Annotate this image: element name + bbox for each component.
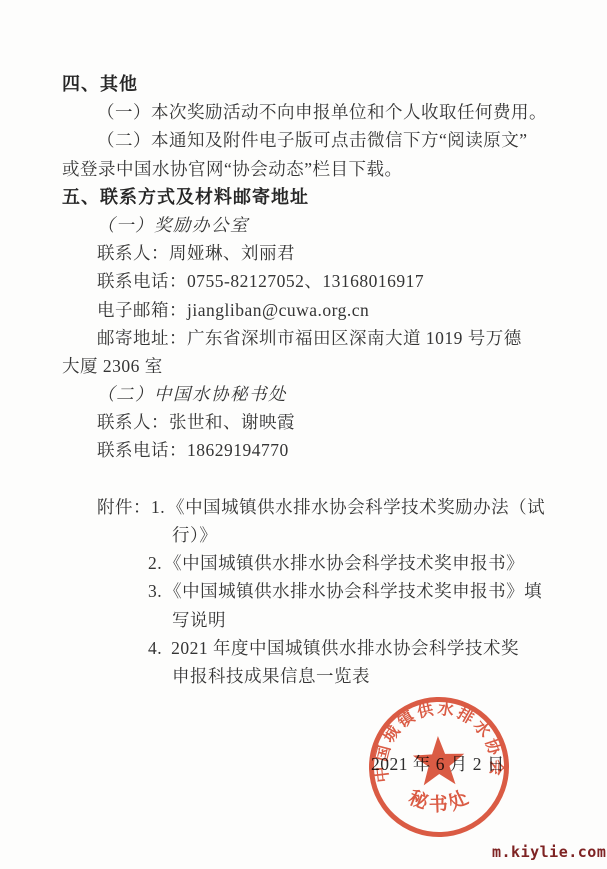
award-office-contact-person: 联系人：周娅琳、刘丽君 — [62, 239, 552, 267]
award-office-address-line-1: 邮寄地址：广东省深圳市福田区深南大道 1019 号万德 — [62, 324, 552, 352]
attachment-4-number: 4. — [148, 638, 162, 658]
attachment-item-3-line-1: 3.《中国城镇供水排水协会科学技术奖申报书》填 — [62, 577, 552, 605]
secretariat-contact-person: 联系人：张世和、谢映霞 — [62, 408, 552, 436]
secretariat-phone: 联系电话：18629194770 — [62, 436, 552, 464]
attachments-label: 附件： — [97, 497, 151, 517]
svg-text:秘书处: 秘书处 — [405, 784, 476, 817]
award-office-address-line-2: 大厦 2306 室 — [62, 352, 552, 380]
seal-star-icon — [412, 735, 465, 786]
award-office-email: 电子邮箱：jiangliban@cuwa.org.cn — [62, 296, 552, 324]
document-body: 四、其他 （一）本次奖励活动不向申报单位和个人收取任何费用。 （二）本通知及附件… — [62, 70, 552, 690]
official-seal: 中国城镇供水排水协会 秘书处 — [363, 691, 514, 842]
attachment-2-number: 2. — [148, 553, 162, 573]
section-five-heading: 五、联系方式及材料邮寄地址 — [62, 183, 552, 211]
attachment-item-1-line-1: 附件：1.《中国城镇供水排水协会科学技术奖励办法（试 — [62, 493, 552, 521]
award-office-subheading: （一）奖励办公室 — [62, 211, 552, 239]
attachment-2-text: 《中国城镇供水排水协会科学技术奖申报书》 — [164, 553, 524, 573]
attachment-1-number: 1. — [151, 497, 165, 517]
section-four-heading: 四、其他 — [62, 70, 552, 98]
award-office-phone: 联系电话：0755-82127052、13168016917 — [62, 267, 552, 295]
attachment-3-number: 3. — [148, 581, 162, 601]
attachment-item-2-line-1: 2.《中国城镇供水排水协会科学技术奖申报书》 — [62, 549, 552, 577]
attachment-1-text: 《中国城镇供水排水协会科学技术奖励办法（试 — [167, 497, 545, 517]
attachment-4-text: 2021 年度中国城镇供水排水协会科学技术奖 — [171, 638, 519, 658]
secretariat-subheading: （二）中国水协秘书处 — [62, 380, 552, 408]
seal-bottom-text: 秘书处 — [405, 784, 476, 817]
para-no-fees: （一）本次奖励活动不向申报单位和个人收取任何费用。 — [62, 98, 552, 126]
document-page: 四、其他 （一）本次奖励活动不向申报单位和个人收取任何费用。 （二）本通知及附件… — [0, 0, 607, 869]
watermark: m.kiylie.com — [492, 843, 606, 861]
blank-line — [62, 465, 552, 493]
para-download-line-2: 或登录中国水协官网“协会动态”栏目下载。 — [62, 155, 552, 183]
attachment-item-4-line-1: 4.2021 年度中国城镇供水排水协会科学技术奖 — [62, 634, 552, 662]
attachment-item-3-line-2: 写说明 — [62, 606, 552, 634]
para-download-line-1: （二）本通知及附件电子版可点击微信下方“阅读原文” — [62, 126, 552, 154]
attachment-3-text: 《中国城镇供水排水协会科学技术奖申报书》填 — [164, 581, 542, 601]
attachment-item-4-line-2: 申报科技成果信息一览表 — [62, 662, 552, 690]
attachment-item-1-line-2: 行）》 — [62, 521, 552, 549]
